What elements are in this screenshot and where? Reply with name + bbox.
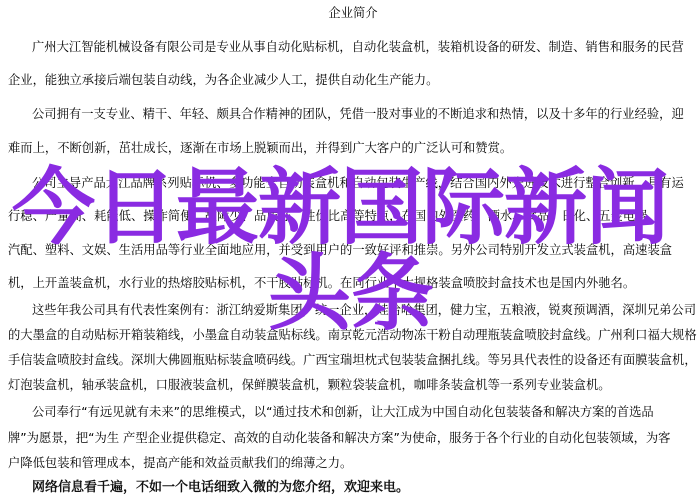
paragraph-team-line-2: 难而上，不断创新，茁壮成长，逐渐在市场上脱颖而出，并得到广大客户的广泛认可和赞赏… (8, 141, 512, 155)
paragraph-products-line-2: 行稳、产量高、耗能低、操作简便、故障少、品质好、性价比高等特点，在国内外医药、酒… (8, 209, 660, 223)
paragraph-team-line-1: 公司拥有一支专业、精干、年轻、颇具合作精神的团队，凭借一股对事业的不断追求和热情… (32, 107, 684, 121)
paragraph-cases-line-1: 这些年我公司具有代表性案例有：浙江纳爱斯集团，统一企业，娃哈哈集团，健力宝，五粮… (32, 303, 696, 317)
paragraph-products-line-1: 公司主导产品大江品牌系列贴标机、多功能全自动装盒机和自动包装生产线，结合国内外先… (32, 176, 684, 190)
paragraph-cases-line-2: 的大墨盒的自动贴标开箱装箱线，小墨盒自动装盒贴标线。南京乾元浩动物冻干粉自动理瓶… (8, 328, 697, 342)
paragraph-products-line-3: 汽配、塑料、文娱、生活用品等行业全面地应用，并受到用户的一致好评和推崇。另外公司… (8, 243, 672, 257)
company-profile-document: 企业简介 广州大江智能机械设备有限公司是专业从事自动化贴标机，自动化装盒机，装箱… (0, 0, 698, 499)
paragraph-intro-line-2: 企业，能独立承接后端包装自动线，为各企业减少人工，提供自动化生产能力。 (8, 73, 438, 87)
paragraph-cases-line-3: 手信装盒喷胶封盒线。深圳大佛圆瓶贴标装盒喷码线。广西宝瑞坦枕式包装装盒捆扎线。等… (8, 353, 697, 367)
document-title: 企业简介 (0, 6, 698, 20)
closing-call-to-action: 网络信息看千遍，不如一个电话细致入微的为您介绍，欢迎来电。 (32, 481, 409, 495)
paragraph-vision-line-2: 牌”为愿景，把“为生 产型企业提供稳定、高效的自动化装备和解决方案”为使命，服务… (8, 431, 670, 445)
paragraph-vision-line-1: 公司奉行“有远见就有未来”的思维模式，以“通过技术和创新，让大江成为中国自动化包… (32, 405, 654, 419)
paragraph-intro-line-1: 广州大江智能机械设备有限公司是专业从事自动化贴标机，自动化装盒机，装箱机设备的研… (32, 40, 684, 54)
paragraph-vision-line-3: 户降低包装和管理成本，提高产能和效益贡献我们的绵薄之力。 (8, 456, 352, 470)
paragraph-products-line-4: 机，上开盖装盒机，水行业的热熔胶贴标机，不干胶贴标机。在同行业中大规格装盒喷胶封… (8, 276, 635, 290)
paragraph-cases-line-4: 灯泡装盒机，轴承装盒机，口服液装盒机，保鲜膜装盒机，颗粒袋装盒机，咖啡条装盒机等… (8, 378, 611, 392)
